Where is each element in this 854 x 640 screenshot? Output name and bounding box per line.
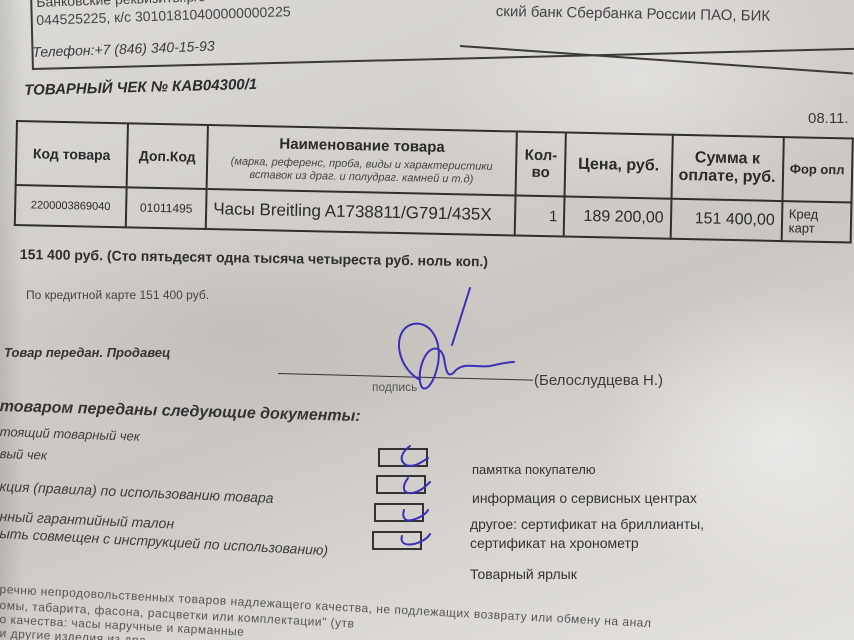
column-header-qty: Кол-во xyxy=(515,131,566,196)
checkbox-reminder[interactable] xyxy=(378,448,428,467)
goods-table: Код товара Доп.Код Наименование товара (… xyxy=(14,120,854,244)
receipt-title: ТОВАРНЫЙ ЧЕК № КАВ04300/1 xyxy=(24,76,257,99)
amount-in-words: 151 400 руб. (Сто пятьдесят одна тысяча … xyxy=(20,246,488,269)
cell-name: Часы Breitling A1738811/G791/435X xyxy=(206,189,516,235)
document-item-left: вый чек xyxy=(0,446,47,463)
column-header-payment-form: Фор опл xyxy=(782,137,853,202)
cell-price: 189 200,00 xyxy=(564,197,671,239)
document-item-left: кция (правила) по использованию товара xyxy=(0,478,274,506)
checkbox-service-info[interactable] xyxy=(376,475,426,494)
document-item-right: другое: сертификат на бриллианты, xyxy=(470,516,704,532)
document-item-right: памятка покупателю xyxy=(472,462,596,477)
column-header-code: Код товара xyxy=(16,121,128,187)
handover-label: Товар передан. Продавец xyxy=(4,345,170,360)
column-header-name: Наименование товара (марка, референс, пр… xyxy=(207,125,517,195)
column-header-sum: Сумма к оплате, руб. xyxy=(671,135,783,201)
cell-sum: 151 400,00 xyxy=(670,199,782,241)
document-item-left: тоящий товарный чек xyxy=(0,424,140,444)
signature-caption: подпись xyxy=(372,380,417,394)
documents-title: товаром переданы следующие документы: xyxy=(0,398,361,426)
column-header-name-subtitle: (марка, референс, проба, виды и характер… xyxy=(214,155,509,187)
seller-name: (Белослудцева Н.) xyxy=(534,372,663,389)
cell-additional-code: 01011495 xyxy=(126,187,207,229)
document-item-right: информация о сервисных центрах xyxy=(472,490,697,506)
checkbox-chronometer[interactable] xyxy=(372,531,422,550)
column-header-name-title: Наименование товара xyxy=(215,134,510,157)
signature-icon xyxy=(399,288,514,389)
document-item-right: сертификат на хронометр xyxy=(470,535,639,551)
column-header-additional-code: Доп.Код xyxy=(126,123,208,189)
cell-code: 2200003869040 xyxy=(15,185,127,227)
receipt-date: 08.11. xyxy=(808,110,849,127)
column-header-price: Цена, руб. xyxy=(565,133,672,199)
document-item-right: Товарный ярлык xyxy=(470,566,577,582)
paid-by-card: По кредитной карте 151 400 руб. xyxy=(26,288,209,302)
cell-payment-form: Кред карт xyxy=(781,201,851,242)
checkbox-other[interactable] xyxy=(374,503,424,522)
cell-qty: 1 xyxy=(515,195,565,236)
